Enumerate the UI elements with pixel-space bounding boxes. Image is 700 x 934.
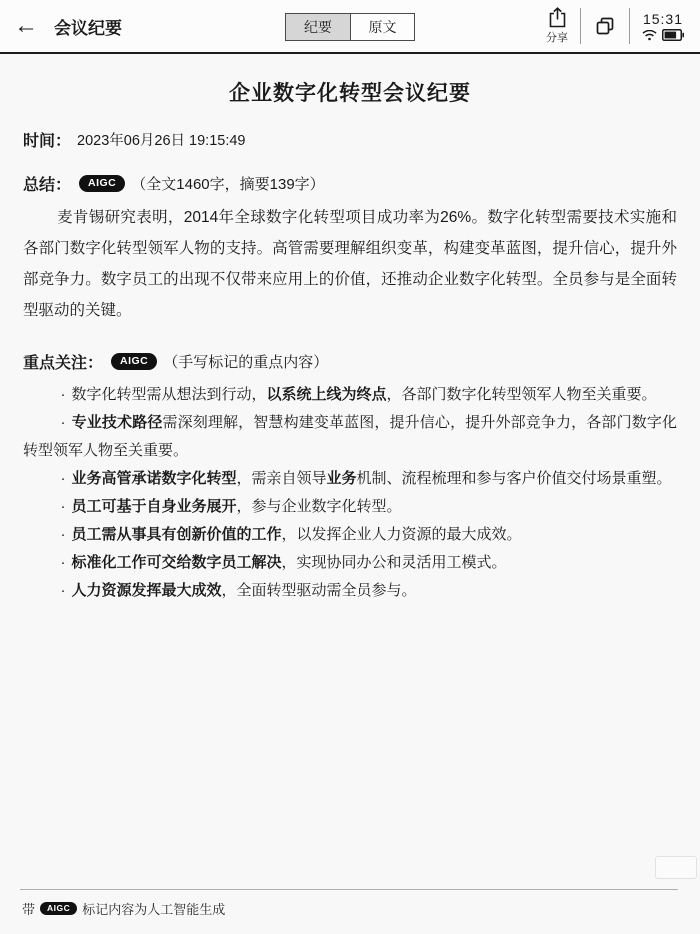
bullet-item: ·数字化转型需从想法到行动，以系统上线为终点，各部门数字化转型领军人物至关重要。 — [23, 381, 677, 409]
bullet-marker: · — [61, 554, 66, 571]
topbar-actions: 分享 15:31 — [534, 0, 688, 52]
multi-window-button[interactable] — [581, 15, 629, 37]
bullet-item: ·业务高管承诺数字化转型，需亲自领导业务机制、流程梳理和参与客户价值交付场景重塑… — [23, 465, 677, 493]
share-icon — [548, 7, 567, 28]
time-label: 时间： — [23, 128, 71, 151]
status-icons — [642, 29, 684, 41]
summary-meta: （全文1460字，摘要139字） — [131, 173, 324, 194]
status-area: 15:31 — [630, 11, 688, 41]
bullet-item: ·人力资源发挥最大成效，全面转型驱动需全员参与。 — [23, 577, 677, 605]
summary-row: 总结： AIGC （全文1460字，摘要139字） — [23, 172, 677, 195]
aigc-badge: AIGC — [79, 175, 125, 192]
share-button[interactable]: 分享 — [534, 7, 580, 45]
page-footer: 带 AIGC 标记内容为人工智能生成 — [20, 889, 678, 918]
clock: 15:31 — [643, 11, 683, 27]
footer-prefix: 带 — [22, 899, 35, 918]
bullet-item: ·员工可基于自身业务展开，参与企业数字化转型。 — [23, 493, 677, 521]
wifi-icon — [642, 30, 657, 41]
bullet-marker: · — [61, 386, 66, 403]
bullet-marker: · — [61, 414, 66, 431]
summary-label: 总结： — [23, 172, 71, 195]
aigc-badge: AIGC — [40, 902, 77, 916]
footer-note: 带 AIGC 标记内容为人工智能生成 — [20, 890, 678, 918]
summary-paragraph: 麦肯锡研究表明，2014年全球数字化转型项目成功率为26%。数字化转型需要技术实… — [23, 202, 677, 326]
bullet-marker: · — [61, 498, 66, 515]
app-screen: ← 会议纪要 纪要 原文 分享 — [0, 0, 700, 934]
document-body: 企业数字化转型会议纪要 时间： 2023年06月26日 19:15:49 总结：… — [0, 77, 700, 605]
page-title: 会议纪要 — [54, 14, 122, 39]
bullet-item: ·员工需从事具有创新价值的工作，以发挥企业人力资源的最大成效。 — [23, 521, 677, 549]
share-label: 分享 — [546, 29, 568, 45]
battery-icon — [662, 29, 684, 41]
view-tabs: 纪要 原文 — [285, 13, 415, 41]
highlights-meta: （手写标记的重点内容） — [163, 351, 328, 372]
highlights-row: 重点关注： AIGC （手写标记的重点内容） — [23, 350, 677, 373]
topbar: ← 会议纪要 纪要 原文 分享 — [0, 0, 700, 54]
bullet-item: ·标准化工作可交给数字员工解决，实现协同办公和灵活用工模式。 — [23, 549, 677, 577]
footer-suffix: 标记内容为人工智能生成 — [82, 899, 225, 918]
bullet-marker: · — [61, 582, 66, 599]
time-value: 2023年06月26日 19:15:49 — [77, 129, 245, 150]
aigc-badge: AIGC — [111, 353, 157, 370]
document-title: 企业数字化转型会议纪要 — [23, 77, 677, 107]
bullet-item: ·专业技术路径需深刻理解，智慧构建变革蓝图，提升信心，提升外部竞争力，各部门数字… — [23, 409, 677, 465]
tab-summary[interactable]: 纪要 — [286, 14, 350, 40]
highlights-label: 重点关注： — [23, 350, 103, 373]
tab-original[interactable]: 原文 — [350, 14, 414, 40]
bullet-marker: · — [61, 470, 66, 487]
bullet-marker: · — [61, 526, 66, 543]
back-arrow-icon[interactable]: ← — [14, 12, 44, 40]
multi-window-icon — [594, 15, 616, 37]
highlights-list: ·数字化转型需从想法到行动，以系统上线为终点，各部门数字化转型领军人物至关重要。… — [23, 381, 677, 605]
time-row: 时间： 2023年06月26日 19:15:49 — [23, 128, 677, 151]
scroll-indicator[interactable] — [655, 856, 697, 879]
